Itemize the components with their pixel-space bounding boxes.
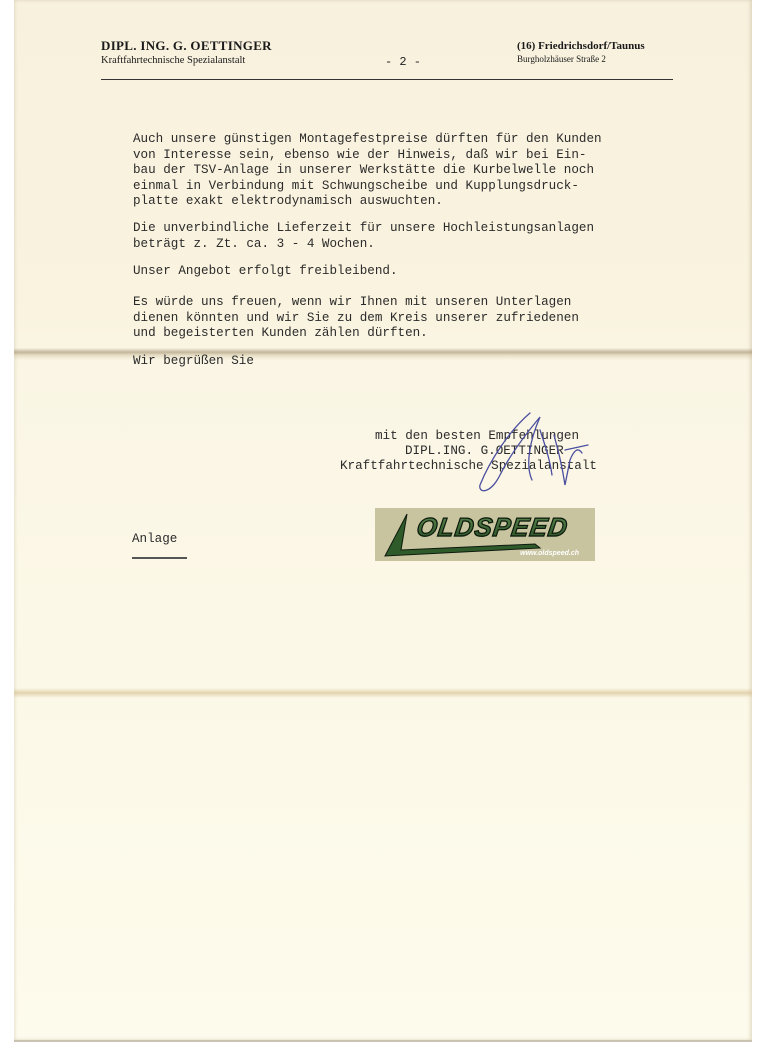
paragraph: Auch unsere günstigen Montagefestpreise … <box>133 132 602 210</box>
paragraph: Es würde uns freuen, wenn wir Ihnen mit … <box>133 295 579 342</box>
paragraph: Die unverbindliche Lieferzeit für unsere… <box>133 221 594 252</box>
company-name: DIPL. ING. G. OETTINGER <box>101 38 272 54</box>
header-divider <box>101 79 673 80</box>
paper-fold <box>14 688 752 698</box>
company-city: (16) Friedrichsdorf/Taunus <box>517 40 645 52</box>
letterhead-left: DIPL. ING. G. OETTINGER Kraftfahrtechnis… <box>101 38 272 66</box>
enclosure-label: Anlage <box>132 532 177 546</box>
company-street: Burgholzhäuser Straße 2 <box>517 54 645 64</box>
paper-fold <box>14 348 752 360</box>
company-subtitle: Kraftfahrtechnische Spezialanstalt <box>101 55 272 66</box>
page-number: - 2 - <box>385 55 421 69</box>
logo-url: www.oldspeed.ch <box>520 550 579 557</box>
paragraph: Unser Angebot erfolgt freibleibend. <box>133 264 398 280</box>
oldspeed-logo: OLDSPEED www.oldspeed.ch <box>375 508 595 561</box>
letterhead-right: (16) Friedrichsdorf/Taunus Burgholzhäuse… <box>517 40 645 64</box>
logo-wordmark: OLDSPEED <box>415 512 570 543</box>
greeting: Wir begrüßen Sie <box>133 354 254 370</box>
enclosure-underline <box>132 557 187 559</box>
signature-icon <box>470 405 600 500</box>
